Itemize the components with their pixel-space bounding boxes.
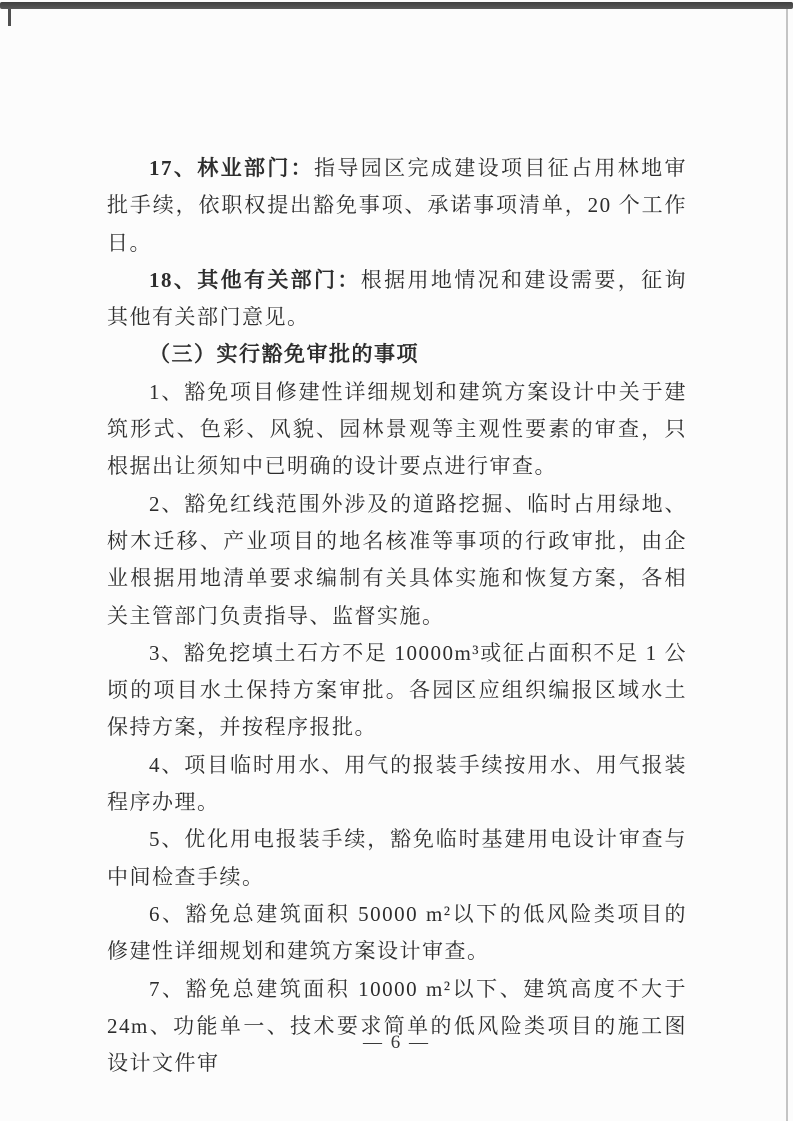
scan-left-edge-artifact <box>8 9 11 26</box>
exemption-item-5: 5、优化用电报装手续，豁免临时基建用电设计审查与中间检查手续。 <box>107 821 687 896</box>
exemption-item-7: 7、豁免总建筑面积 10000 m²以下、建筑高度不大于 24m、功能单一、技术… <box>107 971 687 1083</box>
section-heading: （三）实行豁免审批的事项 <box>107 336 687 373</box>
exemption-item-4: 4、项目临时用水、用气的报装手续按用水、用气报装程序办理。 <box>107 747 687 822</box>
scan-top-edge-artifact <box>0 2 793 9</box>
scan-right-edge-artifact <box>786 9 788 1121</box>
document-body: 17、林业部门：指导园区完成建设项目征占用林地审批手续，依职权提出豁免事项、承诺… <box>107 150 687 1082</box>
exemption-item-2: 2、豁免红线范围外涉及的道路挖掘、临时占用绿地、树木迁移、产业项目的地名核准等事… <box>107 486 687 635</box>
paragraph-17: 17、林业部门：指导园区完成建设项目征占用林地审批手续，依职权提出豁免事项、承诺… <box>107 150 687 262</box>
paragraph-17-lead: 17、林业部门： <box>149 156 314 180</box>
exemption-item-1: 1、豁免项目修建性详细规划和建筑方案设计中关于建筑形式、色彩、风貌、园林景观等主… <box>107 374 687 486</box>
paragraph-18: 18、其他有关部门：根据用地情况和建设需要，征询其他有关部门意见。 <box>107 262 687 337</box>
exemption-item-6: 6、豁免总建筑面积 50000 m²以下的低风险类项目的修建性详细规划和建筑方案… <box>107 896 687 971</box>
page-number: — 6 — <box>0 1032 793 1054</box>
exemption-item-3: 3、豁免挖填土石方不足 10000m³或征占面积不足 1 公顷的项目水土保持方案… <box>107 635 687 747</box>
paragraph-18-lead: 18、其他有关部门： <box>149 268 361 292</box>
scanned-document-page: 17、林业部门：指导园区完成建设项目征占用林地审批手续，依职权提出豁免事项、承诺… <box>0 0 793 1121</box>
